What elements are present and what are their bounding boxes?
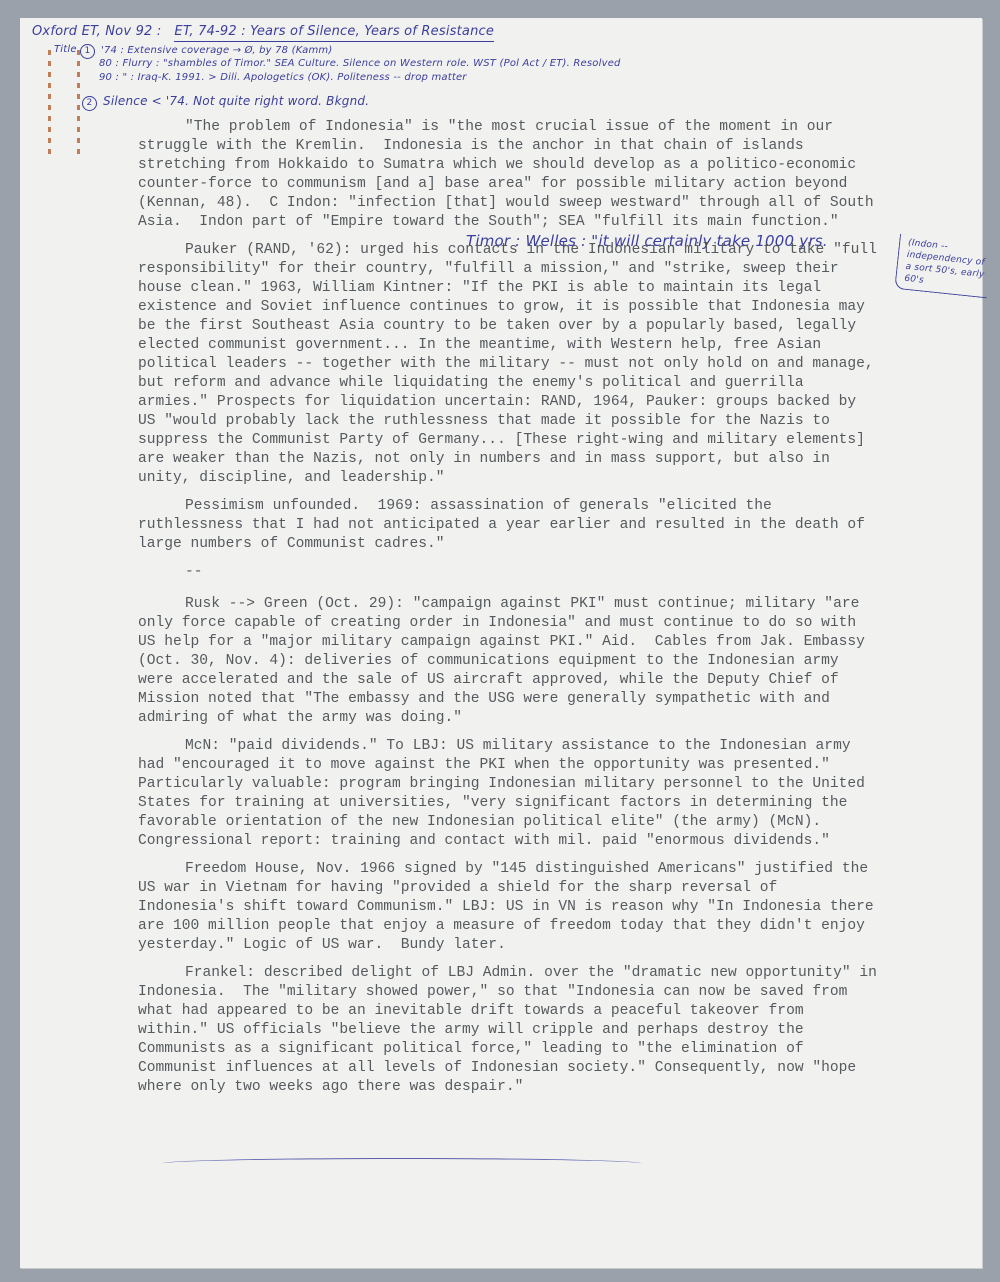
staple-rust-mark-left (48, 50, 51, 160)
typed-paragraph: Pauker (RAND, '62): urged his contacts i… (138, 241, 878, 488)
typed-body: "The problem of Indonesia" is "the most … (138, 118, 878, 1106)
typed-paragraph: Freedom House, Nov. 1966 signed by "145 … (138, 860, 878, 955)
handwritten-title-label: Title (54, 44, 77, 55)
handwritten-item1-line1: 1'74 : Extensive coverage → Ø, by 78 (Ka… (80, 44, 332, 59)
handwritten-margin-note: (Indon -- independency of a sort 50's, e… (894, 234, 992, 298)
document-page: Oxford ET, Nov 92 : ET, 74-92 : Years of… (20, 18, 982, 1268)
typed-paragraph: "The problem of Indonesia" is "the most … (138, 118, 878, 232)
typed-paragraph: McN: "paid dividends." To LBJ: US milita… (138, 737, 878, 851)
typed-paragraph: Pessimism unfounded. 1969: assassination… (138, 497, 878, 554)
handwritten-header: Oxford ET, Nov 92 : ET, 74-92 : Years of… (32, 24, 494, 39)
circled-number-2: 2 (82, 96, 97, 111)
handwritten-item2: 2Silence < '74. Not quite right word. Bk… (82, 94, 369, 111)
typed-paragraph: Rusk --> Green (Oct. 29): "campaign agai… (138, 595, 878, 728)
circled-number-1: 1 (80, 44, 95, 59)
handwritten-item1-line3: 90 : " : Iraq-K. 1991. > Dili. Apologeti… (99, 72, 467, 83)
header-title: ET, 74-92 : Years of Silence, Years of R… (174, 24, 494, 42)
header-prefix: Oxford ET, Nov 92 : (32, 24, 161, 39)
typed-paragraph: Frankel: described delight of LBJ Admin.… (138, 964, 878, 1097)
handwritten-item1-line2: 80 : Flurry : "shambles of Timor." SEA C… (99, 58, 621, 69)
section-separator: -- (185, 563, 878, 582)
handwritten-underline-stroke (162, 1158, 642, 1169)
staple-rust-mark-right (77, 50, 80, 160)
